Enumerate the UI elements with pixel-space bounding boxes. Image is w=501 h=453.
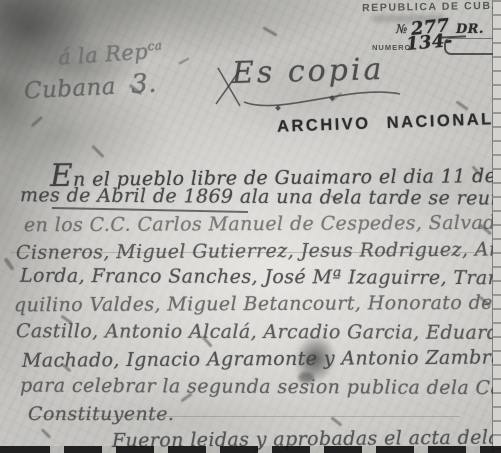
scan-bottom-band [0, 446, 501, 453]
stamp-header: REPUBLICA DE CUBA [362, 0, 501, 14]
manuscript-line: Cisneros, Miguel Gutierrez, Jesus Rodrig… [16, 238, 501, 264]
flourish-underline [210, 62, 410, 117]
date-underline [52, 207, 248, 213]
manuscript-line: mes de Abril de 1869 ala una dela tarde … [20, 184, 501, 210]
stamp-box-outline [444, 38, 498, 55]
manuscript-line: Castillo, Antonio Alcalá, Arcadio Garcia… [16, 320, 501, 344]
manuscript-line: Machado, Ignacio Agramonte y Antonio Zam… [22, 346, 501, 372]
stamp-no-suffix: DR. [456, 22, 484, 37]
manuscript-line: para celebrar la segunda sesion publica … [20, 375, 501, 400]
manuscript-line: Constituyente. [28, 403, 174, 425]
manuscript-page: REPUBLICA DE CUBA № 277 DR. NUMERO 134- … [0, 0, 501, 453]
manuscript-line: en los C.C. Carlos Manuel de Cespedes, S… [24, 212, 501, 237]
page-edge-strip [493, 0, 501, 453]
manuscript-line: quilino Valdes, Miguel Betancourt, Honor… [14, 292, 499, 317]
manuscript-line: Lorda, Franco Sanches, José Mª Izaguirre… [20, 265, 501, 290]
